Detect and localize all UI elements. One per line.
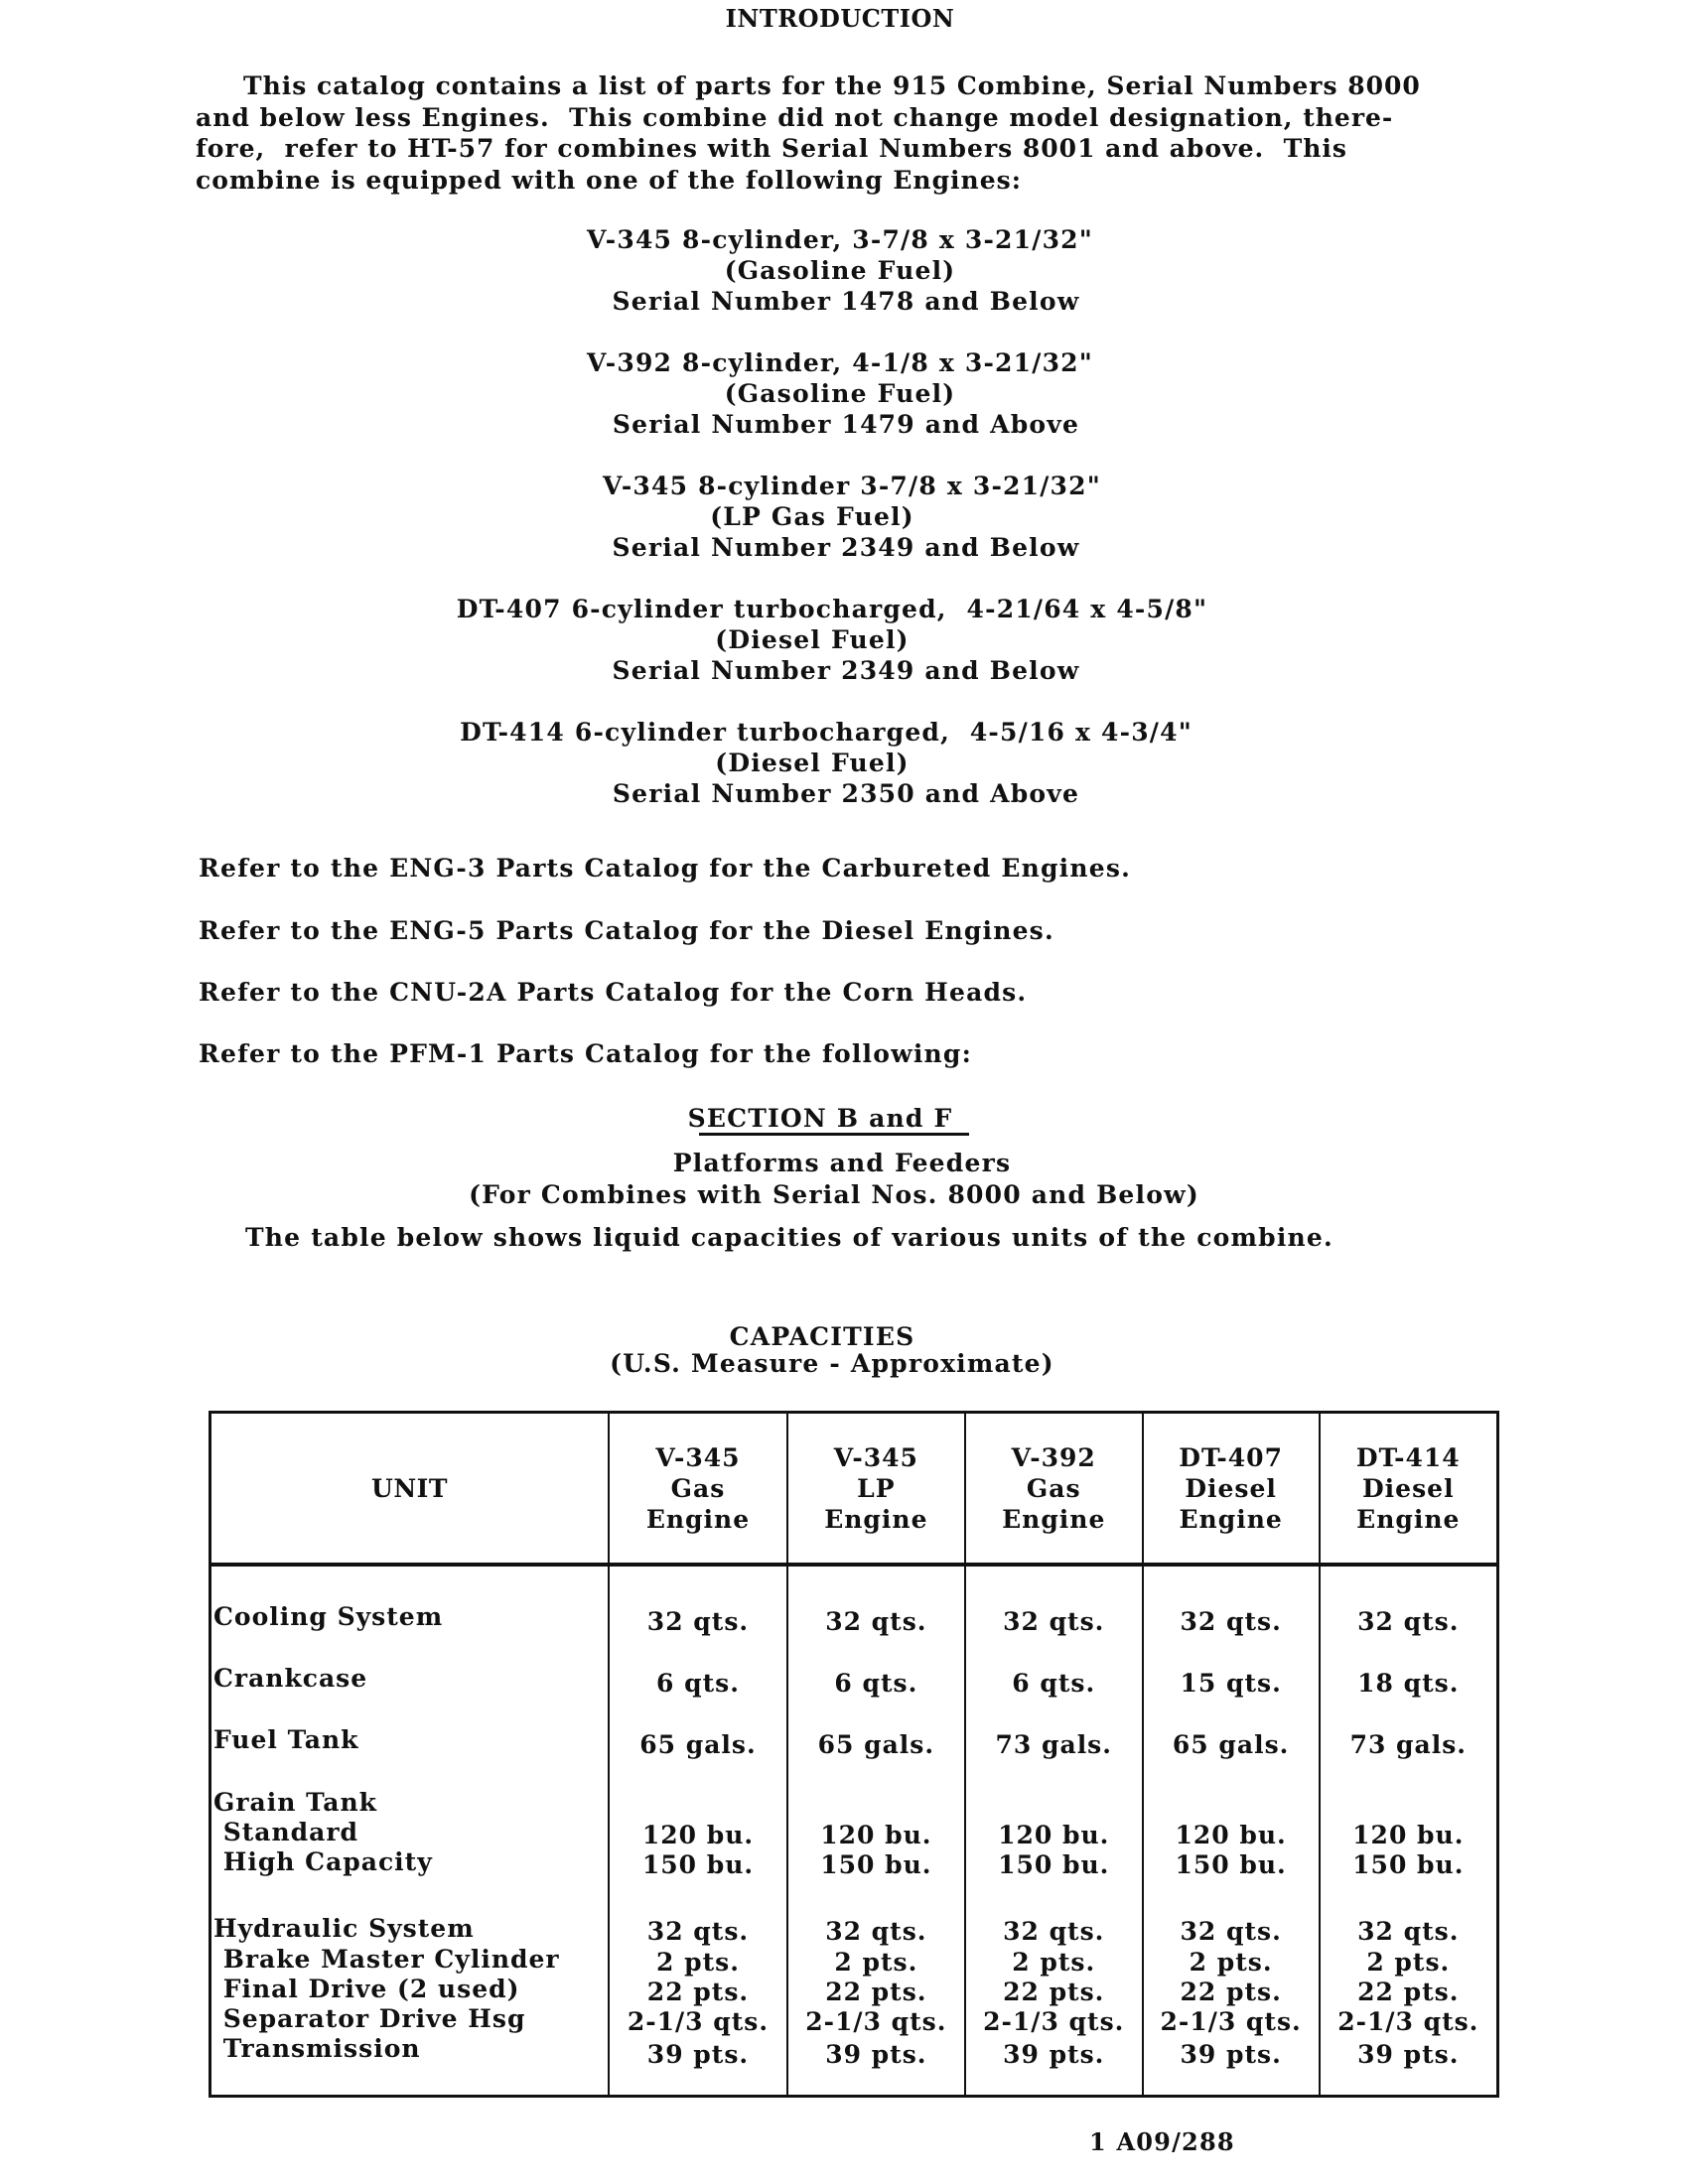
capacity-value: 150 bu. <box>966 1852 1142 1877</box>
engine-spec: DT-414 6-cylinder turbocharged, 4-5/16 x… <box>460 720 1193 745</box>
capacity-value: 39 pts. <box>610 2042 786 2067</box>
column-header-type: Engine <box>1179 1505 1282 1534</box>
column-header-fuel: Gas <box>1027 1474 1081 1503</box>
intro-line: and below less Engines. This combine did… <box>196 102 1397 134</box>
column-header-model: V-392 <box>1012 1443 1096 1472</box>
capacity-value: 39 pts. <box>966 2042 1142 2067</box>
capacity-value: 32 qts. <box>788 1609 964 1634</box>
capacity-value: 65 gals. <box>788 1732 964 1757</box>
intro-paragraph: This catalog contains a list of parts fo… <box>196 70 1397 196</box>
capacity-value: 150 bu. <box>1321 1852 1496 1877</box>
intro-line: This catalog contains a list of parts fo… <box>196 70 1397 102</box>
column-header-fuel: Gas <box>671 1474 726 1503</box>
engine-serial: Serial Number 1479 and Above <box>613 412 1079 437</box>
capacity-value: 22 pts. <box>788 1979 964 2004</box>
capacity-value: 2-1/3 qts. <box>610 2009 786 2034</box>
capacity-value: 120 bu. <box>966 1823 1142 1847</box>
capacity-value: 2 pts. <box>966 1950 1142 1975</box>
capacity-value: 150 bu. <box>610 1852 786 1877</box>
table-header-row: UNIT V-345 Gas Engine V-345 LP Engine V-… <box>210 1413 1498 1566</box>
section-heading-underline <box>699 1133 969 1136</box>
engine-fuel: (Diesel Fuel) <box>715 751 909 775</box>
engine-spec: V-392 8-cylinder, 4-1/8 x 3-21/32" <box>587 350 1093 375</box>
unit-label: Separator Drive Hsg <box>213 2006 525 2031</box>
capacity-value: 22 pts. <box>1321 1979 1496 2004</box>
engine-spec: V-345 8-cylinder, 3-7/8 x 3-21/32" <box>587 227 1093 252</box>
section-note: (For Combines with Serial Nos. 8000 and … <box>469 1182 1199 1207</box>
column-header-fuel: Diesel <box>1185 1474 1277 1503</box>
column-header-v345-gas: V-345 Gas Engine <box>609 1413 787 1566</box>
column-header-v392-gas: V-392 Gas Engine <box>965 1413 1143 1566</box>
capacity-value: 32 qts. <box>966 1919 1142 1944</box>
dt407-diesel-column: 32 qts.15 qts.65 gals.120 bu.150 bu.32 q… <box>1143 1565 1320 2097</box>
capacity-value: 39 pts. <box>788 2042 964 2067</box>
column-header-model: V-345 <box>655 1443 740 1472</box>
capacity-value: 32 qts. <box>1321 1919 1496 1944</box>
capacity-value: 2-1/3 qts. <box>788 2009 964 2034</box>
capacities-table: UNIT V-345 Gas Engine V-345 LP Engine V-… <box>209 1411 1499 2098</box>
capacity-value: 2 pts. <box>610 1950 786 1975</box>
column-header-unit: UNIT <box>210 1413 610 1566</box>
capacities-subtitle: (U.S. Measure - Approximate) <box>610 1351 1054 1376</box>
column-header-fuel: LP <box>857 1474 895 1503</box>
capacity-value: 2-1/3 qts. <box>966 2009 1142 2034</box>
capacity-value: 2 pts. <box>788 1950 964 1975</box>
engine-fuel: (Gasoline Fuel) <box>725 381 956 406</box>
capacity-value: 2 pts. <box>1321 1950 1496 1975</box>
capacity-value: 73 gals. <box>1321 1732 1496 1757</box>
column-header-v345-lp: V-345 LP Engine <box>787 1413 965 1566</box>
capacity-value: 32 qts. <box>788 1919 964 1944</box>
capacity-value: 2-1/3 qts. <box>1144 2009 1319 2034</box>
column-header-type: Engine <box>824 1505 927 1534</box>
engine-spec: V-345 8-cylinder 3-7/8 x 3-21/32" <box>603 474 1101 498</box>
capacity-value: 6 qts. <box>788 1671 964 1696</box>
column-header-model: V-345 <box>834 1443 918 1472</box>
engine-serial: Serial Number 1478 and Below <box>613 289 1080 314</box>
reference-item: Refer to the ENG-5 Parts Catalog for the… <box>199 918 1054 943</box>
unit-label: Cooling System <box>213 1604 443 1629</box>
page-id: 1 A09/288 <box>1089 2130 1235 2154</box>
unit-label: Crankcase <box>213 1666 367 1691</box>
column-header-type: Engine <box>1356 1505 1460 1534</box>
capacity-value: 2-1/3 qts. <box>1321 2009 1496 2034</box>
engine-serial: Serial Number 2349 and Below <box>613 535 1080 560</box>
column-header-dt407-diesel: DT-407 Diesel Engine <box>1143 1413 1320 1566</box>
capacity-value: 39 pts. <box>1144 2042 1319 2067</box>
capacity-value: 22 pts. <box>610 1979 786 2004</box>
engine-fuel: (LP Gas Fuel) <box>710 504 914 529</box>
unit-label: Hydraulic System <box>213 1916 475 1941</box>
intro-line: fore, refer to HT-57 for combines with S… <box>196 133 1397 165</box>
column-header-model: DT-414 <box>1356 1443 1461 1472</box>
capacity-value: 150 bu. <box>788 1852 964 1877</box>
capacity-value: 39 pts. <box>1321 2042 1496 2067</box>
engine-serial: Serial Number 2349 and Below <box>613 658 1080 683</box>
capacity-value: 32 qts. <box>1144 1609 1319 1634</box>
page-title: INTRODUCTION <box>726 7 955 31</box>
capacity-value: 32 qts. <box>1144 1919 1319 1944</box>
engine-fuel: (Diesel Fuel) <box>715 627 909 652</box>
unit-column: Cooling SystemCrankcaseFuel TankGrain Ta… <box>210 1565 610 2097</box>
capacity-value: 150 bu. <box>1144 1852 1319 1877</box>
section-heading: SECTION B and F <box>688 1106 953 1131</box>
capacity-value: 120 bu. <box>1321 1823 1496 1847</box>
capacity-value: 22 pts. <box>1144 1979 1319 2004</box>
dt414-diesel-column: 32 qts.18 qts.73 gals.120 bu.150 bu.32 q… <box>1320 1565 1498 2097</box>
capacity-value: 32 qts. <box>1321 1609 1496 1634</box>
unit-label: Transmission <box>213 2036 421 2061</box>
capacity-value: 120 bu. <box>610 1823 786 1847</box>
reference-item: Refer to the PFM-1 Parts Catalog for the… <box>199 1041 972 1066</box>
table-intro-text: The table below shows liquid capacities … <box>245 1225 1333 1250</box>
capacity-value: 32 qts. <box>610 1919 786 1944</box>
unit-label: Grain Tank <box>213 1790 377 1815</box>
capacity-value: 2 pts. <box>1144 1950 1319 1975</box>
reference-item: Refer to the ENG-3 Parts Catalog for the… <box>199 856 1131 881</box>
column-header-model: DT-407 <box>1179 1443 1283 1472</box>
column-header-type: Engine <box>1002 1505 1105 1534</box>
capacity-value: 32 qts. <box>966 1609 1142 1634</box>
capacity-value: 6 qts. <box>966 1671 1142 1696</box>
section-subtitle: Platforms and Feeders <box>673 1151 1011 1175</box>
column-header-type: Engine <box>646 1505 750 1534</box>
intro-line: combine is equipped with one of the foll… <box>196 165 1397 197</box>
capacities-title: CAPACITIES <box>730 1324 915 1349</box>
engine-serial: Serial Number 2350 and Above <box>613 781 1079 806</box>
capacity-value: 73 gals. <box>966 1732 1142 1757</box>
v345-lp-column: 32 qts.6 qts.65 gals.120 bu.150 bu.32 qt… <box>787 1565 965 2097</box>
table-body: Cooling SystemCrankcaseFuel TankGrain Ta… <box>210 1565 1498 2097</box>
unit-label: Brake Master Cylinder <box>213 1947 560 1972</box>
capacity-value: 65 gals. <box>1144 1732 1319 1757</box>
capacity-value: 120 bu. <box>788 1823 964 1847</box>
capacity-value: 6 qts. <box>610 1671 786 1696</box>
reference-item: Refer to the CNU-2A Parts Catalog for th… <box>199 980 1027 1005</box>
unit-label: High Capacity <box>213 1849 433 1874</box>
unit-label: Fuel Tank <box>213 1727 359 1752</box>
unit-label: Final Drive (2 used) <box>213 1977 519 2001</box>
capacity-value: 15 qts. <box>1144 1671 1319 1696</box>
v392-gas-column: 32 qts.6 qts.73 gals.120 bu.150 bu.32 qt… <box>965 1565 1143 2097</box>
engine-spec: DT-407 6-cylinder turbocharged, 4-21/64 … <box>457 597 1207 621</box>
capacity-value: 120 bu. <box>1144 1823 1319 1847</box>
capacity-value: 18 qts. <box>1321 1671 1496 1696</box>
capacity-value: 65 gals. <box>610 1732 786 1757</box>
column-header-dt414-diesel: DT-414 Diesel Engine <box>1320 1413 1498 1566</box>
column-header-fuel: Diesel <box>1362 1474 1455 1503</box>
unit-label: Standard <box>213 1820 358 1844</box>
engine-fuel: (Gasoline Fuel) <box>725 258 956 283</box>
v345-gas-column: 32 qts.6 qts.65 gals.120 bu.150 bu.32 qt… <box>609 1565 787 2097</box>
capacity-value: 32 qts. <box>610 1609 786 1634</box>
capacity-value: 22 pts. <box>966 1979 1142 2004</box>
